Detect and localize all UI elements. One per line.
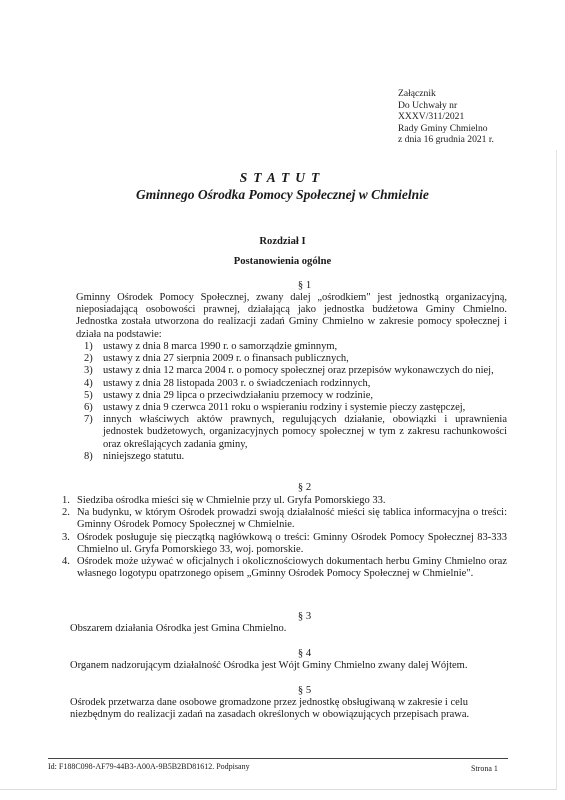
list-item: 7)innych właściwych aktów prawnych, regu… [84, 414, 507, 451]
list-item: 1.Siedziba ośrodka mieści się w Chmielni… [62, 495, 507, 507]
section-sign-5: § 5 [22, 685, 565, 696]
document-page: Załącznik Do Uchwały nr XXXV/311/2021 Ra… [0, 0, 565, 800]
section-3-text: Obszarem działania Ośrodka jest Gmina Ch… [70, 623, 501, 635]
section-4-text: Organem nadzorującym działalność Ośrodka… [70, 660, 510, 672]
annex-line: Załącznik [398, 88, 494, 100]
chapter-number: Rozdział I [0, 236, 565, 247]
list-item: 5)ustawy z dnia 29 lipca o przeciwdziała… [84, 390, 507, 402]
list-item: 3)ustawy z dnia 12 marca 2004 r. o pomoc… [84, 365, 507, 377]
annex-line: z dnia 16 grudnia 2021 r. [398, 134, 494, 146]
section-sign-1: § 1 [22, 280, 565, 291]
list-item: 2)ustawy z dnia 27 sierpnia 2009 r. o fi… [84, 353, 507, 365]
list-item: 4.Ośrodek może używać w oficjalnych i ok… [62, 556, 507, 580]
section-5-text: Ośrodek przetwarza dane osobowe gromadzo… [70, 697, 510, 721]
footer-page-number: Strona 1 [471, 764, 498, 773]
document-subtitle: Gminnego Ośrodka Pomocy Społecznej w Chm… [0, 187, 565, 203]
section-sign-4: § 4 [22, 648, 565, 659]
list-item: 3.Ośrodek posługuje się pieczątką nagłów… [62, 532, 507, 556]
section-1-list: 1)ustawy z dnia 8 marca 1990 r. o samorz… [84, 341, 507, 463]
annex-header: Załącznik Do Uchwały nr XXXV/311/2021 Ra… [398, 88, 494, 146]
list-item: 6)ustawy z dnia 9 czerwca 2011 roku o ws… [84, 402, 507, 414]
footer-document-id: Id: F188C098-AF79-44B3-A00A-9B5B2BD81612… [48, 762, 250, 771]
section-1-intro: Gminny Ośrodek Pomocy Społecznej, zwany … [76, 292, 507, 341]
section-2-list: 1.Siedziba ośrodka mieści się w Chmielni… [62, 495, 507, 580]
page-edge-bottom [0, 789, 556, 790]
section-sign-3: § 3 [22, 611, 565, 622]
list-item: 1)ustawy z dnia 8 marca 1990 r. o samorz… [84, 341, 507, 353]
list-item: 4)ustawy z dnia 28 listopada 2003 r. o ś… [84, 378, 507, 390]
annex-line: Do Uchwały nr [398, 100, 494, 112]
list-item: 2.Na budynku, w którym Ośrodek prowadzi … [62, 507, 507, 531]
annex-line: XXXV/311/2021 [398, 111, 494, 123]
section-sign-2: § 2 [22, 482, 565, 493]
list-item: 8)niniejszego statutu. [84, 451, 507, 463]
document-title: STATUT [0, 170, 565, 186]
footer-divider [48, 758, 508, 759]
annex-line: Rady Gminy Chmielno [398, 123, 494, 135]
chapter-name: Postanowienia ogólne [0, 256, 565, 267]
